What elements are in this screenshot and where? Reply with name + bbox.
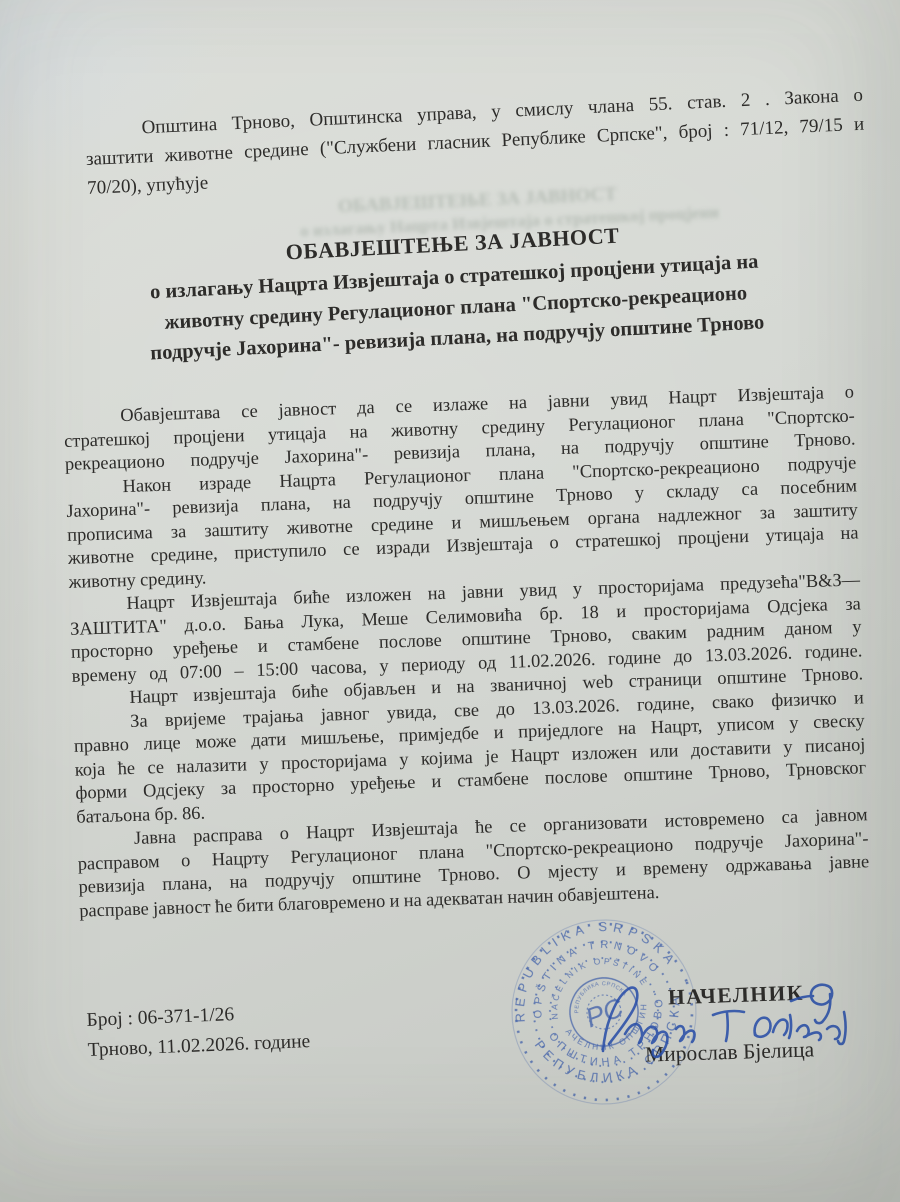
body-text: Обавјештава се јавност да се излаже на ј… — [63, 380, 870, 922]
footer-reference: Број : 06-371-1/26 Трново, 11.02.2026. г… — [86, 997, 311, 1065]
intro-paragraph: Општина Трново, Општинска управа, у смис… — [84, 81, 866, 203]
notice-heading: ОБАВЈЕШТЕЊЕ ЗА ЈАВНОСТ о излагању Нацрта… — [72, 212, 837, 373]
handwritten-signature-icon — [585, 955, 885, 1075]
scanned-document-page: ОБАВЈЕШТЕЊЕ ЗА ЈАВНОСТ о излагању Нацрта… — [0, 0, 900, 1202]
